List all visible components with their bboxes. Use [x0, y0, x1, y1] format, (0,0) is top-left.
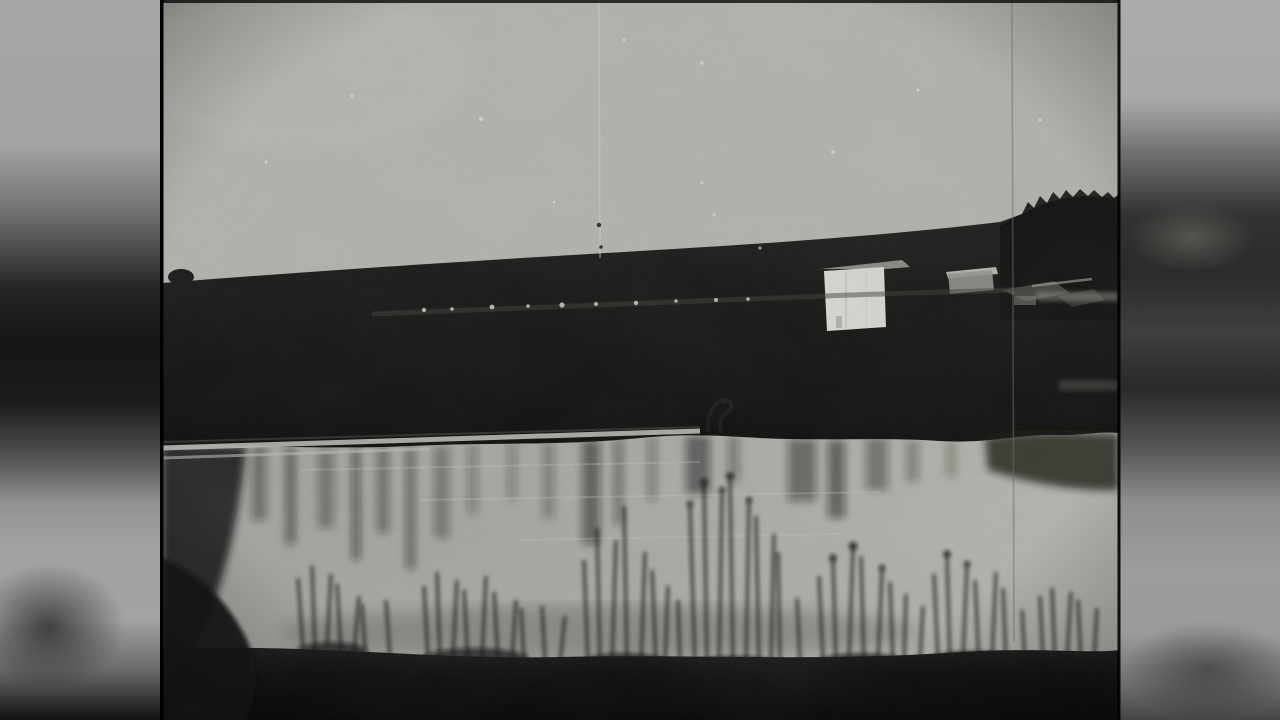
vignette [162, 0, 1119, 720]
film-still: overcast grainy sky dark hillside crest … [0, 0, 1280, 720]
frame-right-edge [1118, 0, 1121, 720]
frame-top-edge [162, 0, 1119, 3]
frame-left-edge [160, 0, 164, 720]
film-frame: overcast grainy sky dark hillside crest … [0, 0, 1280, 720]
